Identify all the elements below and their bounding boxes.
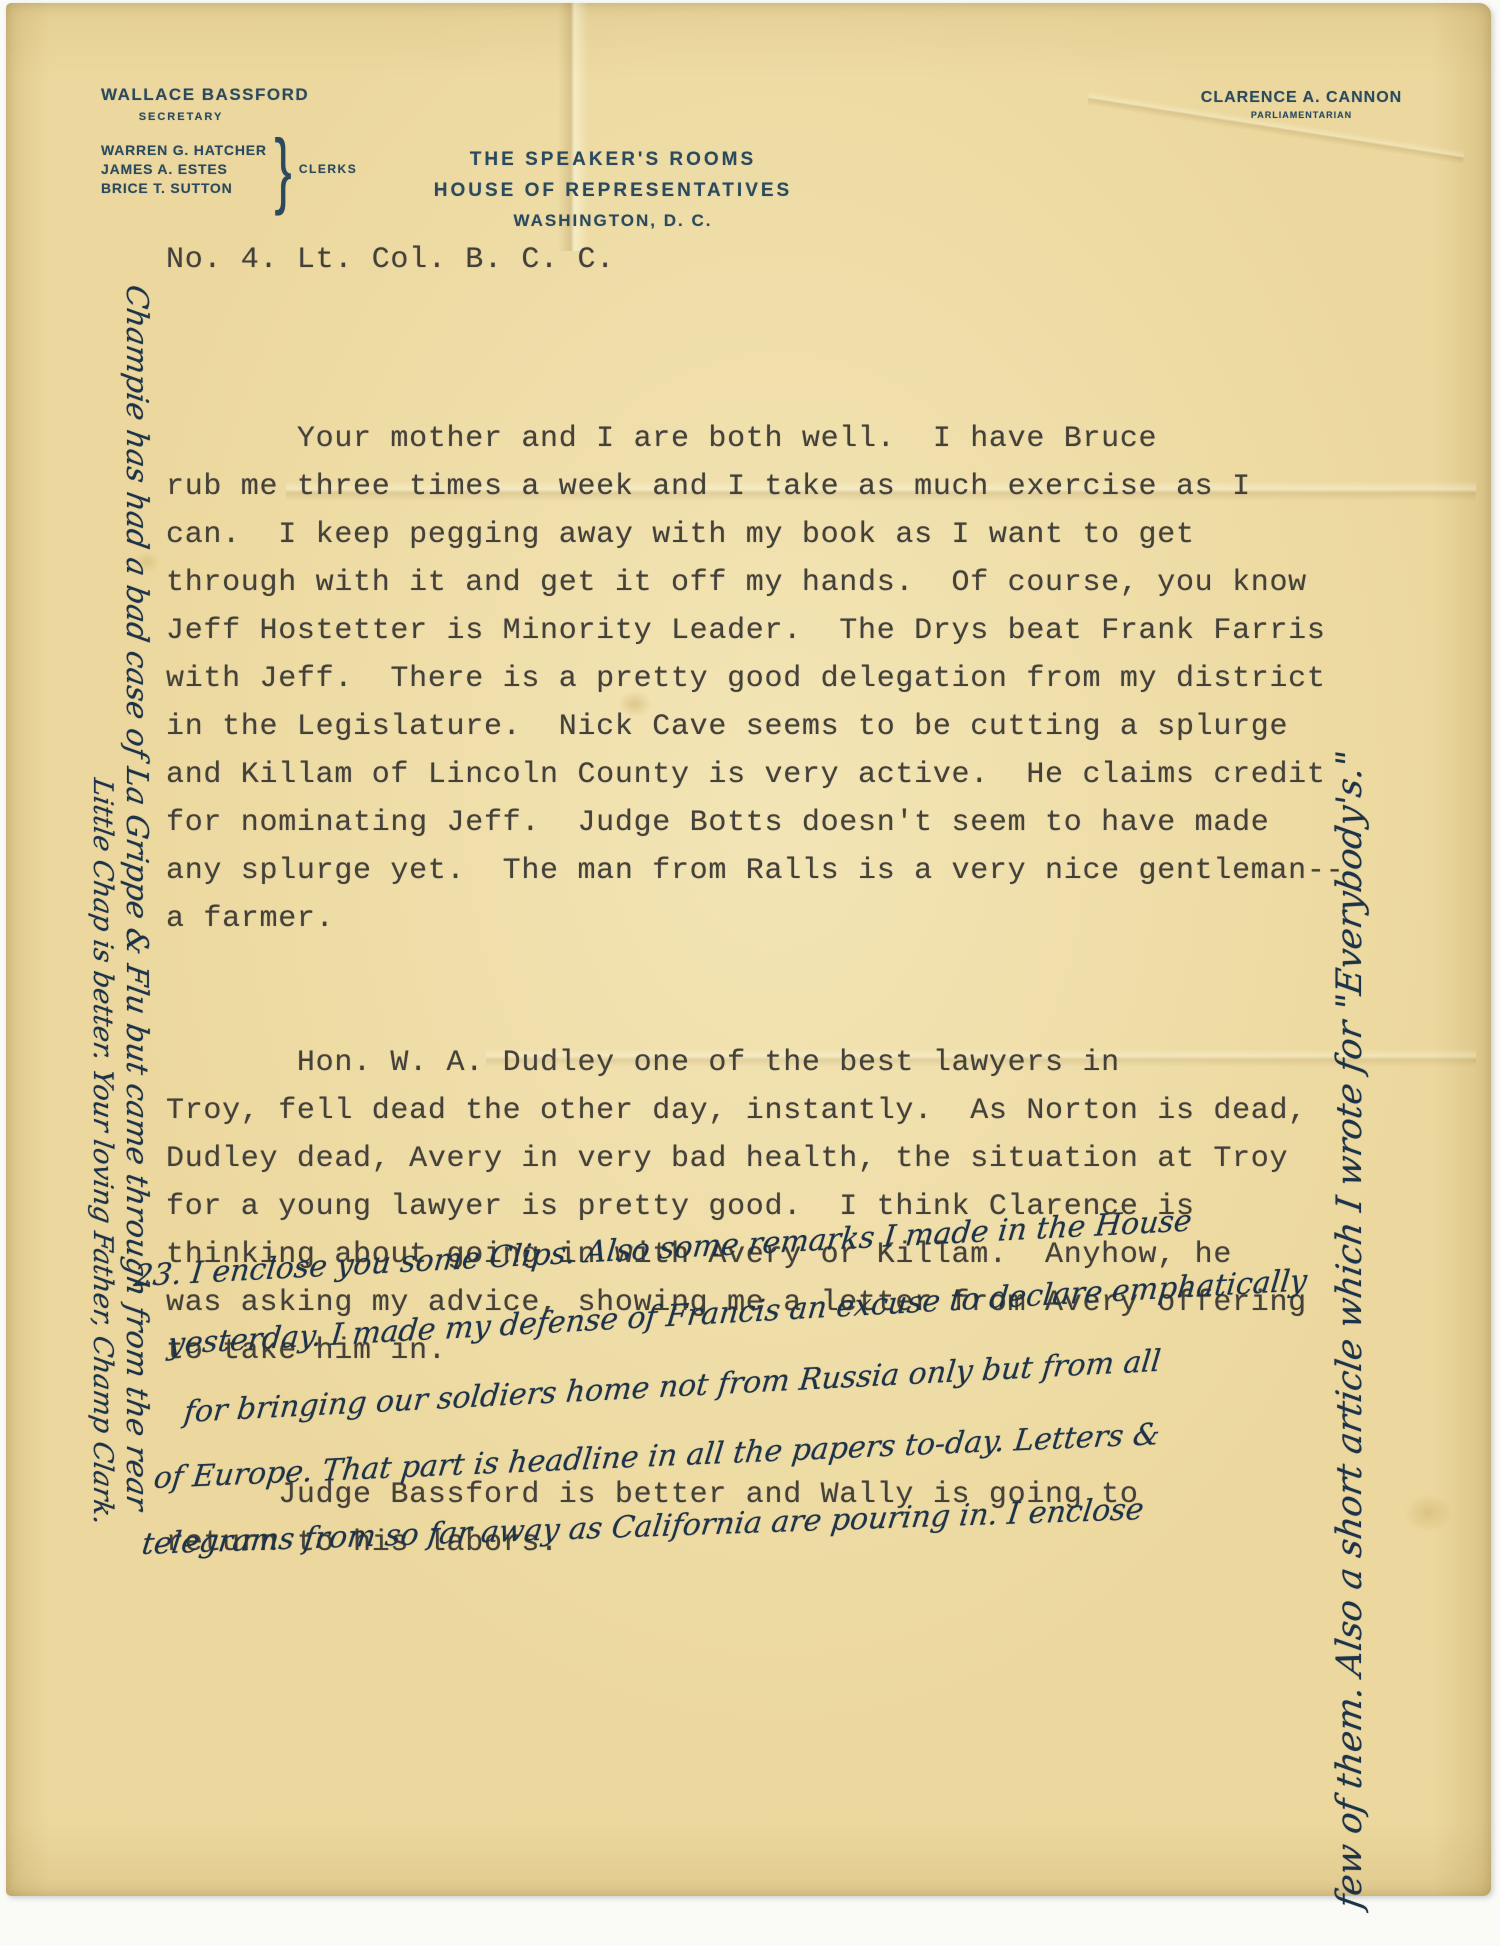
- parliamentarian-title: PARLIAMENTARIAN: [1184, 110, 1419, 120]
- reference-line: No. 4. Lt. Col. B. C. C.: [166, 243, 615, 277]
- secretary-title: SECRETARY: [101, 111, 261, 123]
- letterhead-title-line1: THE SPEAKER'S ROOMS: [378, 149, 848, 171]
- clerk-name: BRICE T. SUTTON: [101, 180, 267, 196]
- clerk-names: WARREN G. HATCHER JAMES A. ESTES BRICE T…: [101, 142, 267, 196]
- paper-stain: [1404, 1493, 1452, 1533]
- right-margin-annotation: few of them. Also a short article which …: [1330, 635, 1370, 1911]
- typed-paragraph-1: Your mother and I are both well. I have …: [166, 415, 1344, 943]
- clerks-group: WARREN G. HATCHER JAMES A. ESTES BRICE T…: [101, 133, 357, 205]
- left-margin-annotation-inner: Champie has had a bad case of La Grippe …: [119, 282, 154, 1588]
- letterhead-right-block: CLARENCE A. CANNON PARLIAMENTARIAN: [1184, 89, 1419, 120]
- clerks-label: CLERKS: [299, 162, 357, 176]
- clerk-name: JAMES A. ESTES: [101, 161, 267, 177]
- left-margin-annotation-outer: Little Chap is better. Your loving Fathe…: [87, 776, 118, 1571]
- clerk-name: WARREN G. HATCHER: [101, 142, 267, 158]
- scanned-letter: WALLACE BASSFORD SECRETARY WARREN G. HAT…: [0, 0, 1500, 1946]
- letterhead-left-block: WALLACE BASSFORD SECRETARY WARREN G. HAT…: [101, 85, 357, 205]
- secretary-name: WALLACE BASSFORD: [101, 85, 357, 105]
- parliamentarian-name: CLARENCE A. CANNON: [1184, 89, 1419, 107]
- letterhead-center-block: THE SPEAKER'S ROOMS HOUSE OF REPRESENTAT…: [378, 149, 848, 231]
- letterhead-title-line2: HOUSE OF REPRESENTATIVES: [378, 180, 848, 202]
- letter-paper: WALLACE BASSFORD SECRETARY WARREN G. HAT…: [6, 3, 1491, 1896]
- brace-glyph: }: [274, 133, 291, 205]
- letterhead-title-line3: WASHINGTON, D. C.: [378, 211, 848, 231]
